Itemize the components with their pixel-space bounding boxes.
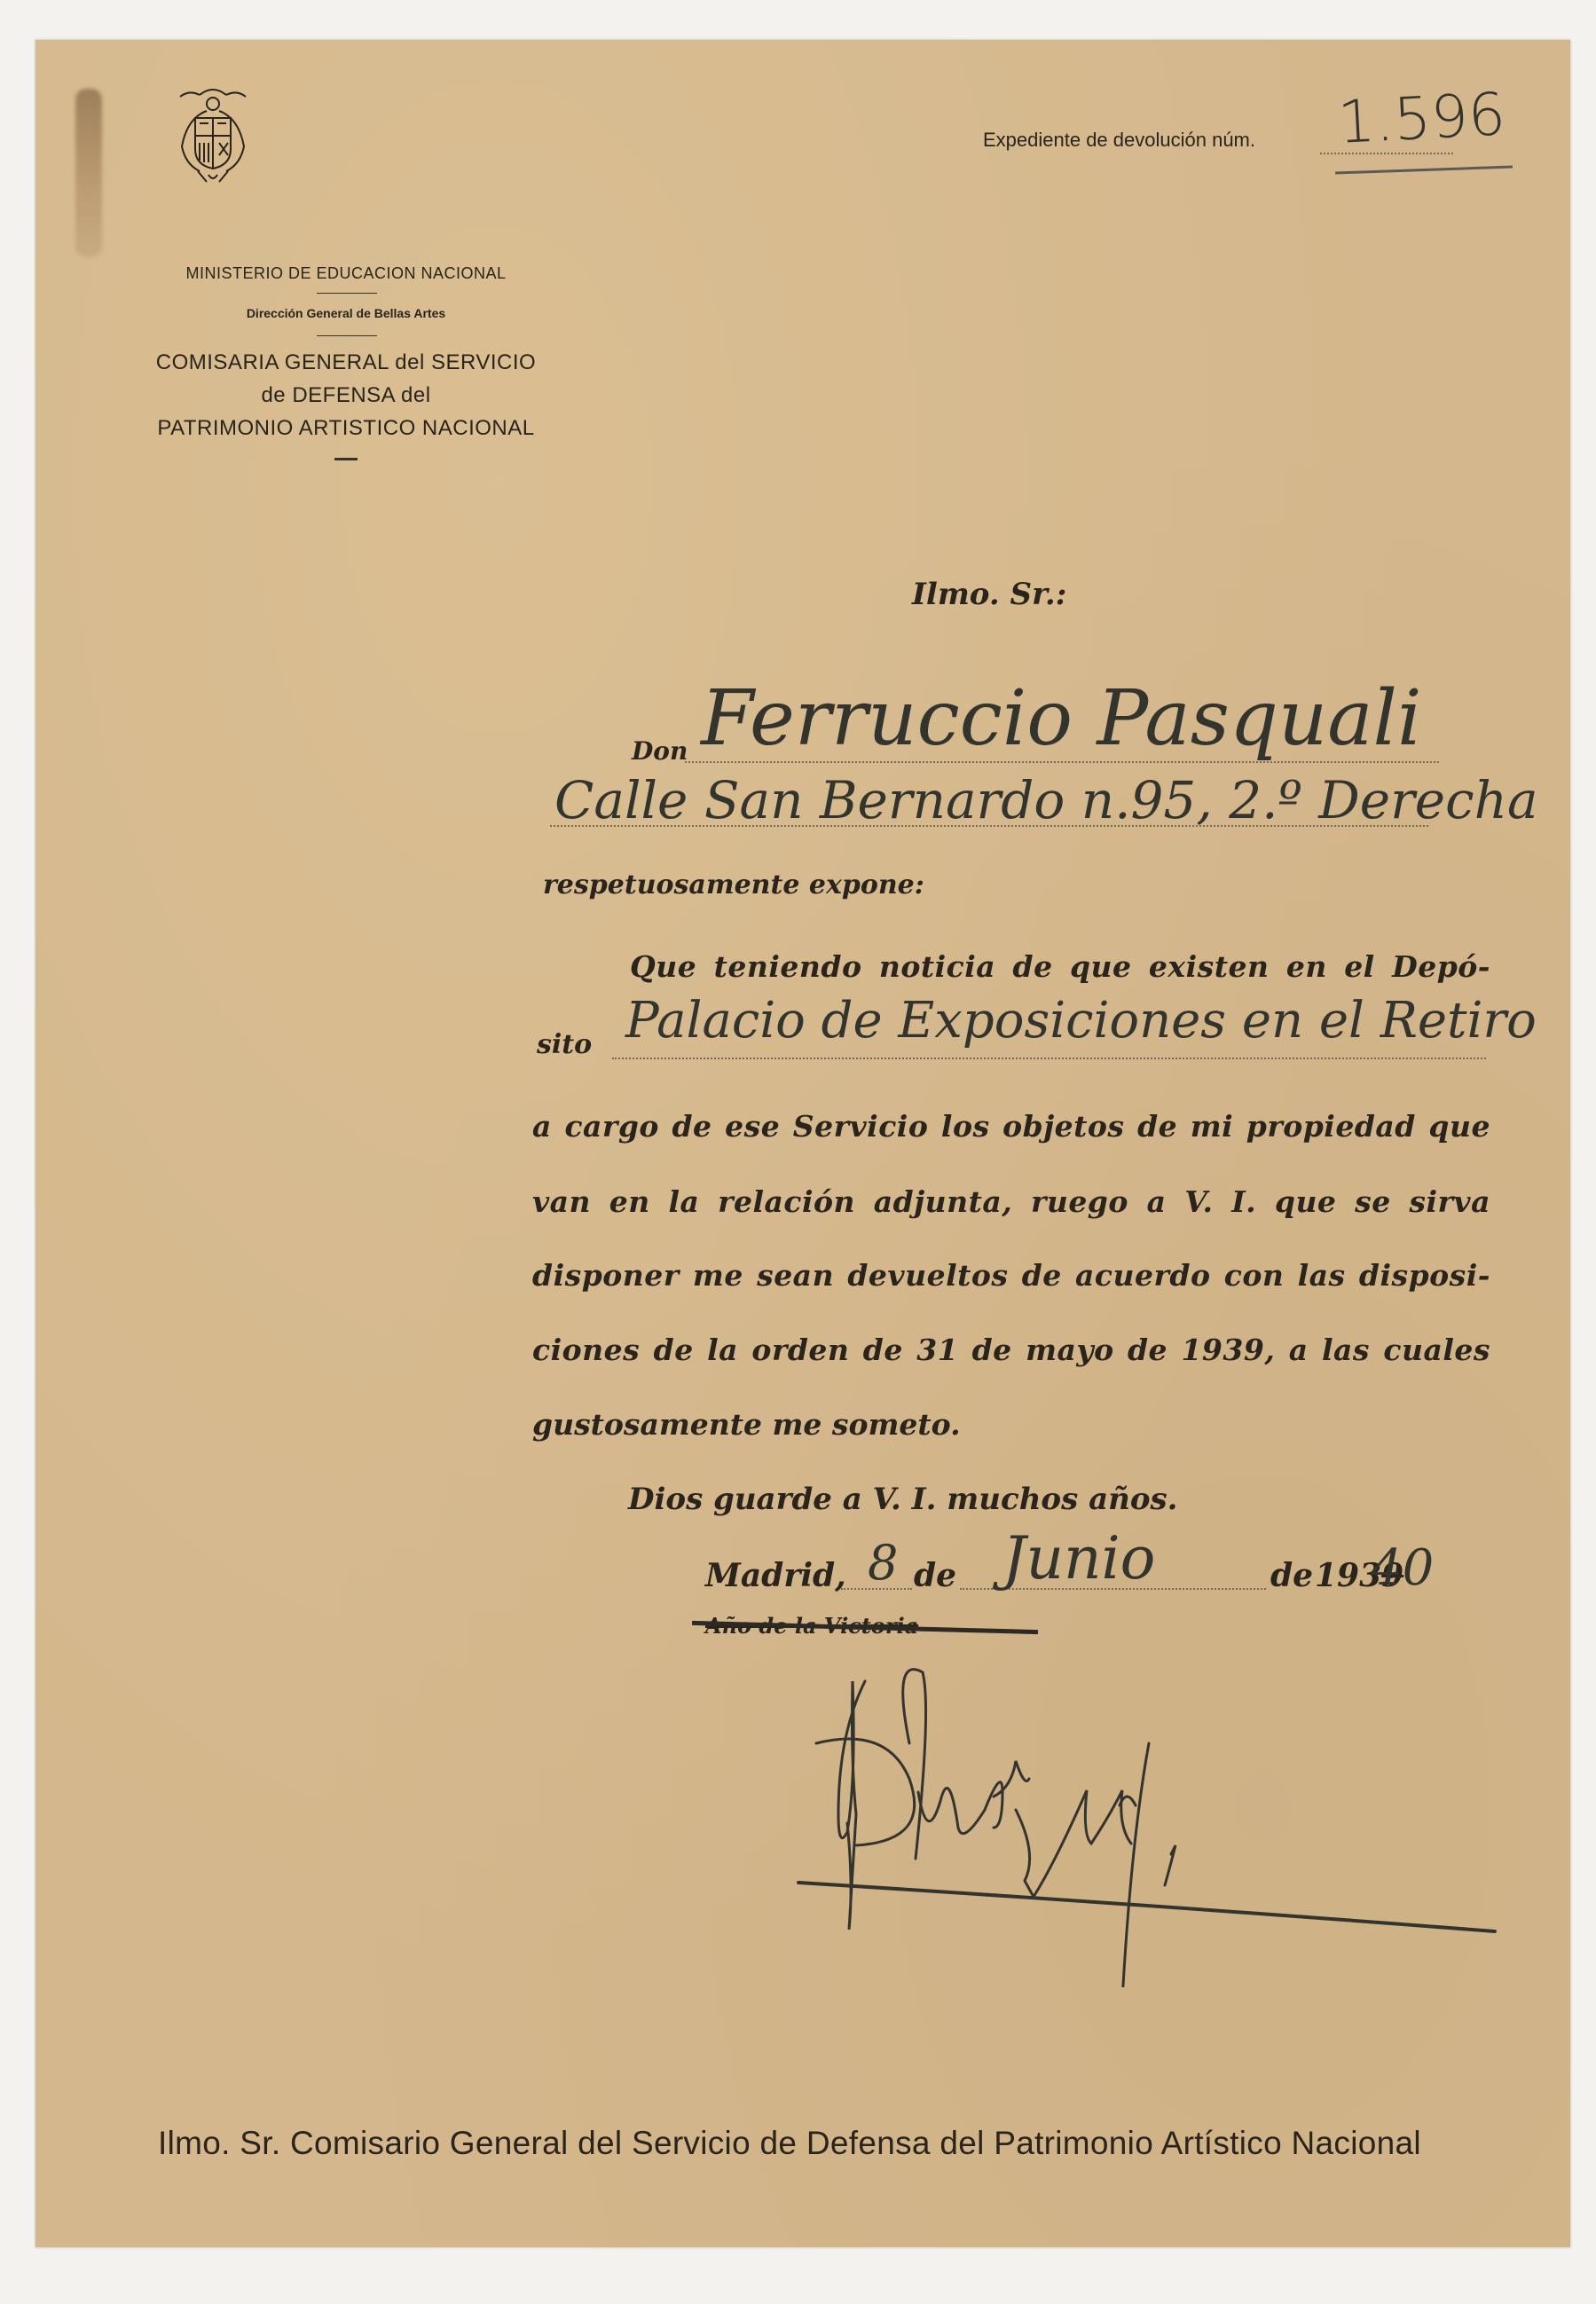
ministry-name: MINISTERIO DE EDUCACION NACIONAL (124, 264, 568, 283)
date-city: Madrid, (705, 1557, 846, 1594)
body-line-3: a cargo de ese Servicio los objetos de m… (532, 1109, 1490, 1144)
divider (334, 458, 358, 460)
date-de-2: de (1270, 1557, 1313, 1594)
file-number-value: 1.596 (1336, 80, 1507, 157)
body-line-4: van en la relación adjunta, ruego a V. I… (532, 1184, 1490, 1219)
body-line-1: Que teniendo noticia de que existen en e… (630, 949, 1490, 984)
coat-of-arms-icon (173, 84, 253, 186)
footer-addressee: Ilmo. Sr. Comisario General del Servicio… (158, 2125, 1421, 2162)
date-month: Junio (1002, 1524, 1155, 1592)
date-de-1: de (914, 1557, 956, 1594)
direction-name: Dirección General de Bellas Artes (124, 306, 568, 320)
commission-line-3: PATRIMONIO ARTISTICO NACIONAL (124, 416, 568, 441)
divider (317, 335, 377, 336)
divider (317, 293, 377, 294)
requester-address: Calle San Bernardo n.95, 2.º Derecha (554, 770, 1538, 830)
closing-formula: Dios guarde a V. I. muchos años. (628, 1482, 1177, 1517)
commission-line-2: de DEFENSA del (124, 383, 568, 408)
file-number-label: Expediente de devolución núm. (983, 129, 1255, 152)
don-label: Don (632, 736, 688, 766)
body-line-6: ciones de la orden de 31 de mayo de 1939… (532, 1333, 1490, 1367)
date-year-handwritten: 40 (1371, 1539, 1434, 1597)
body-line-2-prefix: sito (537, 1029, 592, 1060)
date-day: 8 (868, 1535, 898, 1591)
body-line-5: disponer me sean devueltos de acuerdo co… (532, 1258, 1490, 1293)
requester-name: Ferruccio Pasquali (701, 674, 1422, 763)
intro-text: respetuosamente expone: (543, 869, 924, 900)
signature-icon (781, 1650, 1508, 1987)
deposit-dotted-line (612, 1058, 1486, 1059)
deposit-location: Palacio de Exposiciones en el Retiro (625, 992, 1537, 1050)
commission-line-1: COMISARIA GENERAL del SERVICIO (124, 350, 568, 375)
salutation: Ilmo. Sr.: (912, 577, 1066, 612)
paper-stain (75, 89, 102, 257)
body-line-7: gustosamente me someto. (532, 1407, 961, 1442)
